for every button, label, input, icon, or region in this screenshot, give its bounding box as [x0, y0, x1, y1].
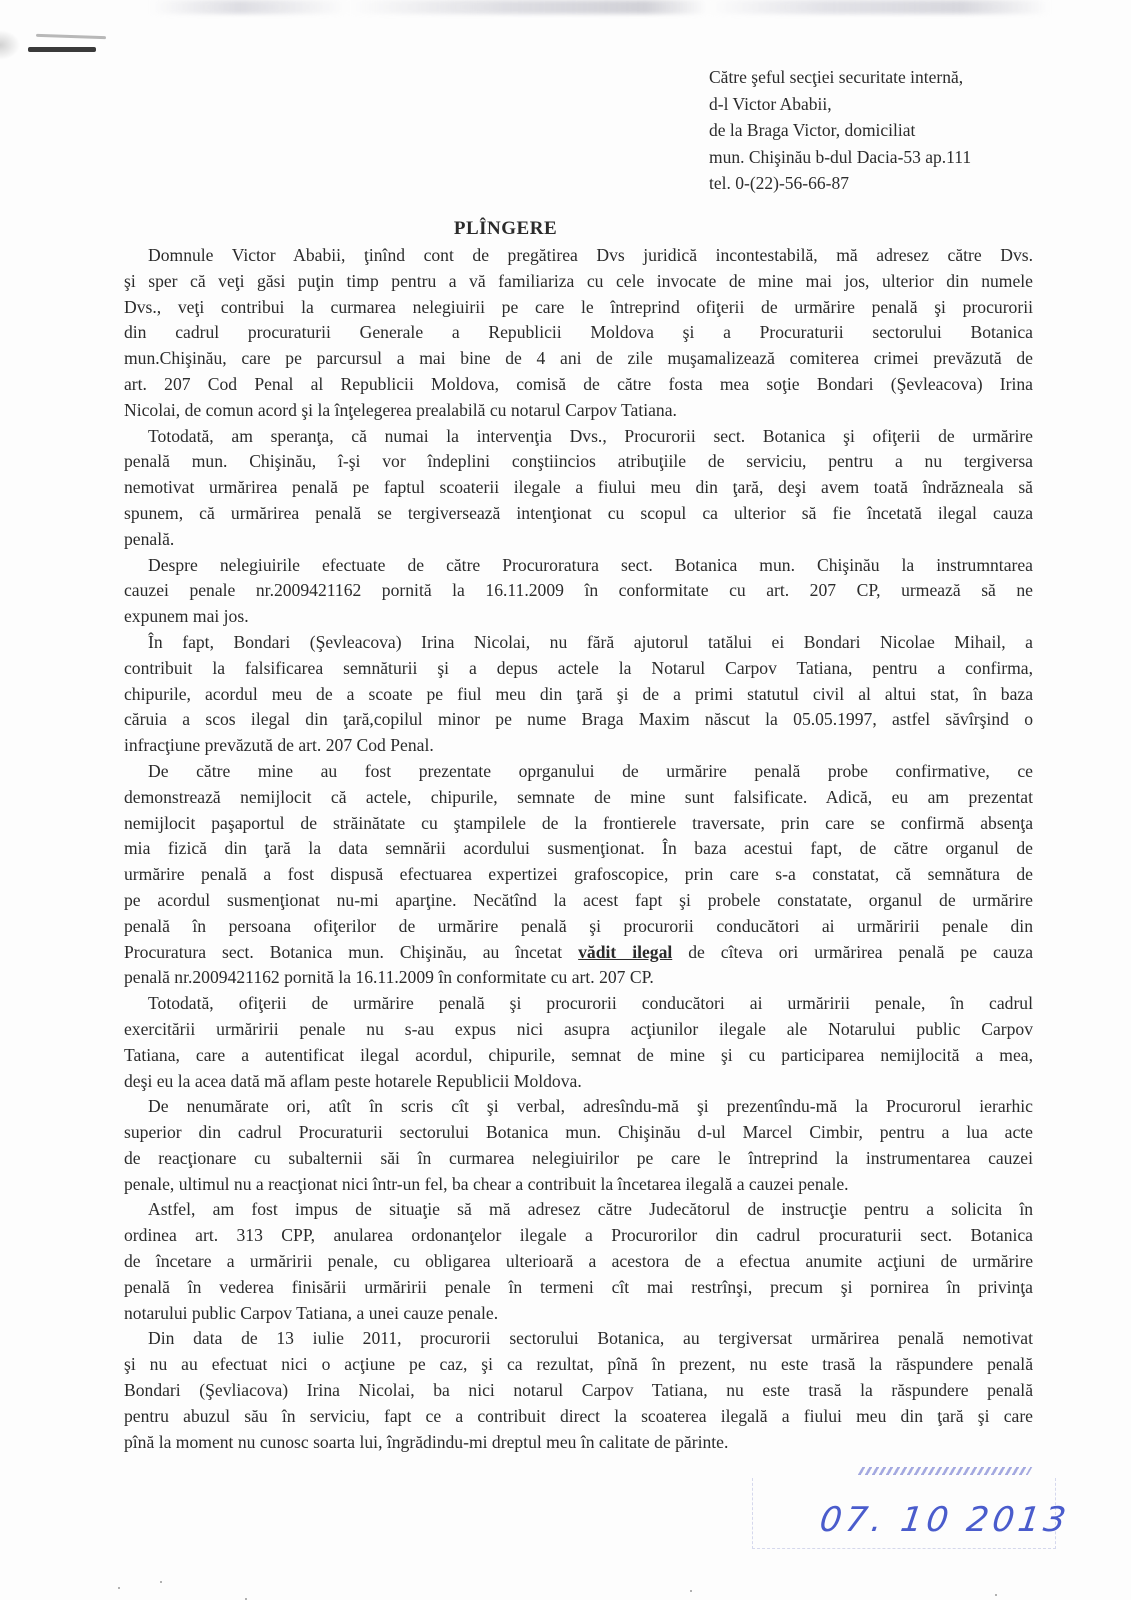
scan-speck — [160, 1581, 162, 1583]
paragraph: Din data de 13 iulie 2011, procurorii se… — [124, 1326, 1033, 1455]
text-line: art. 207 Cod Penal al Republicii Moldova… — [124, 372, 1033, 398]
text-line: penală mun. Chişinău, î-şi vor îndeplini… — [124, 449, 1033, 475]
text-line: În fapt, Bondari (Şevleacova) Irina Nico… — [124, 630, 1033, 656]
text-line: de încetare a urmăririi penale, cu oblig… — [124, 1249, 1033, 1275]
document-title: PLÎNGERE — [0, 218, 1011, 240]
text-line: penale, ultimul nu a reacţionat nici înt… — [124, 1172, 1033, 1198]
text-line: ordinea art. 313 CPP, anularea ordonanţe… — [124, 1223, 1033, 1249]
text-line: Dvs., veţi contribui la curmarea nelegiu… — [124, 295, 1033, 321]
text-segment: de cîteva ori urmărirea penală pe cauza — [672, 942, 1033, 962]
text-line: pînă la moment nu cunosc soarta lui, îng… — [124, 1430, 1033, 1456]
staple-shadow — [36, 34, 106, 39]
text-line: spunem, că urmărirea penală se tergivers… — [124, 501, 1033, 527]
paragraph: În fapt, Bondari (Şevleacova) Irina Nico… — [124, 630, 1033, 759]
text-line: chipurile, acordul meu de a scoate pe fi… — [124, 682, 1033, 708]
text-line: penală în vederea finisării urmăririi pe… — [124, 1275, 1033, 1301]
paragraph: Totodată, ofiţerii de urmărire penală şi… — [124, 991, 1033, 1094]
paragraph: De către mine au fost prezentate oprganu… — [124, 759, 1033, 991]
text-line: Astfel, am fost impus de situaţie să mă … — [124, 1197, 1033, 1223]
scan-artifact-left — [0, 30, 20, 60]
text-line: De către mine au fost prezentate oprganu… — [124, 759, 1033, 785]
recipient-block: Către şeful secţiei securitate internă, … — [709, 64, 971, 197]
text-line: expunem mai jos. — [124, 604, 1033, 630]
recipient-line: Către şeful secţiei securitate internă, — [709, 64, 971, 91]
paragraph: Despre nelegiuirile efectuate de către P… — [124, 553, 1033, 630]
text-line: superior din cadrul Procuraturii sectoru… — [124, 1120, 1033, 1146]
text-line: Nicolai, de comun acord şi la înţelegere… — [124, 398, 1033, 424]
text-line: mun.Chişinău, care pe parcursul a mai bi… — [124, 346, 1033, 372]
text-line: Procuratura sect. Botanica mun. Chişinău… — [124, 940, 1033, 966]
scan-speck — [690, 1590, 692, 1592]
scan-speck — [118, 1587, 120, 1589]
text-line: şi sper că veţi găsi puţin timp pentru a… — [124, 269, 1033, 295]
text-line: contribuit la falsificarea semnăturii şi… — [124, 656, 1033, 682]
text-line: urmărire penală a fost dispusă efectuare… — [124, 862, 1033, 888]
text-line: demonstrează nemijlocit că actele, chipu… — [124, 785, 1033, 811]
text-line: Bondari (Şevliacova) Irina Nicolai, ba n… — [124, 1378, 1033, 1404]
text-line: pe acordul susmenţionat nu-mi aparţine. … — [124, 888, 1033, 914]
text-line: nemotivat urmărirea penală pe faptul sco… — [124, 475, 1033, 501]
text-line: pentru abuzul său în serviciu, fapt ce a… — [124, 1404, 1033, 1430]
scan-speck — [995, 1594, 997, 1596]
paragraph: Domnule Victor Ababii, ţinînd cont de pr… — [124, 243, 1033, 424]
text-line: Tatiana, care a autentificat ilegal acor… — [124, 1043, 1033, 1069]
text-line: De nenumărate ori, atît în scris cît şi … — [124, 1094, 1033, 1120]
text-line: deşi eu la acea dată mă aflam peste hota… — [124, 1069, 1033, 1095]
stamp-ink-dots — [858, 1467, 1033, 1475]
text-line: Totodată, ofiţerii de urmărire penală şi… — [124, 991, 1033, 1017]
paragraph: De nenumărate ori, atît în scris cît şi … — [124, 1094, 1033, 1197]
recipient-line: d-l Victor Ababii, — [709, 91, 971, 118]
text-line: de reacţionare cu subalternii săi în cur… — [124, 1146, 1033, 1172]
text-line: Totodată, am speranţa, că numai la inter… — [124, 424, 1033, 450]
text-line: penală nr.2009421162 pornită la 16.11.20… — [124, 965, 1033, 991]
paragraph: Astfel, am fost impus de situaţie să mă … — [124, 1197, 1033, 1326]
text-line: infracţiune prevăzută de art. 207 Cod Pe… — [124, 733, 1033, 759]
text-line: cauzei penale nr.2009421162 pornită la 1… — [124, 578, 1033, 604]
text-segment: Procuratura sect. Botanica mun. Chişinău… — [124, 942, 578, 962]
text-line: exercitării urmăririi penale nu s-au exp… — [124, 1017, 1033, 1043]
scan-artifact-top — [150, 0, 1050, 14]
emphasized-text: vădit ilegal — [578, 942, 672, 962]
text-line: Despre nelegiuirile efectuate de către P… — [124, 553, 1033, 579]
text-line: mia fizică din ţară la data semnării aco… — [124, 836, 1033, 862]
recipient-line: de la Braga Victor, domiciliat — [709, 117, 971, 144]
text-line: Din data de 13 iulie 2011, procurorii se… — [124, 1326, 1033, 1352]
staple-mark — [28, 47, 96, 52]
document-body: Domnule Victor Ababii, ţinînd cont de pr… — [124, 243, 1033, 1455]
recipient-line: tel. 0-(22)-56-66-87 — [709, 170, 971, 197]
text-line: şi nu au efectuat nici o acţiune pe caz,… — [124, 1352, 1033, 1378]
paragraph: Totodată, am speranţa, că numai la inter… — [124, 424, 1033, 553]
text-line: Domnule Victor Ababii, ţinînd cont de pr… — [124, 243, 1033, 269]
text-line: căruia a scos ilegal din ţară,copilul mi… — [124, 707, 1033, 733]
handwritten-date: 07. 10 2013 — [817, 1500, 1072, 1540]
text-line: notarului public Carpov Tatiana, a unei … — [124, 1301, 1033, 1327]
recipient-line: mun. Chişinău b-dul Dacia-53 ap.111 — [709, 144, 971, 171]
text-line: din cadrul procuraturii Generale a Repub… — [124, 320, 1033, 346]
text-line: penală. — [124, 527, 1033, 553]
text-line: nemijlocit paşaportul de străinătate cu … — [124, 811, 1033, 837]
text-line: penală în persoana ofiţerilor de urmărir… — [124, 914, 1033, 940]
